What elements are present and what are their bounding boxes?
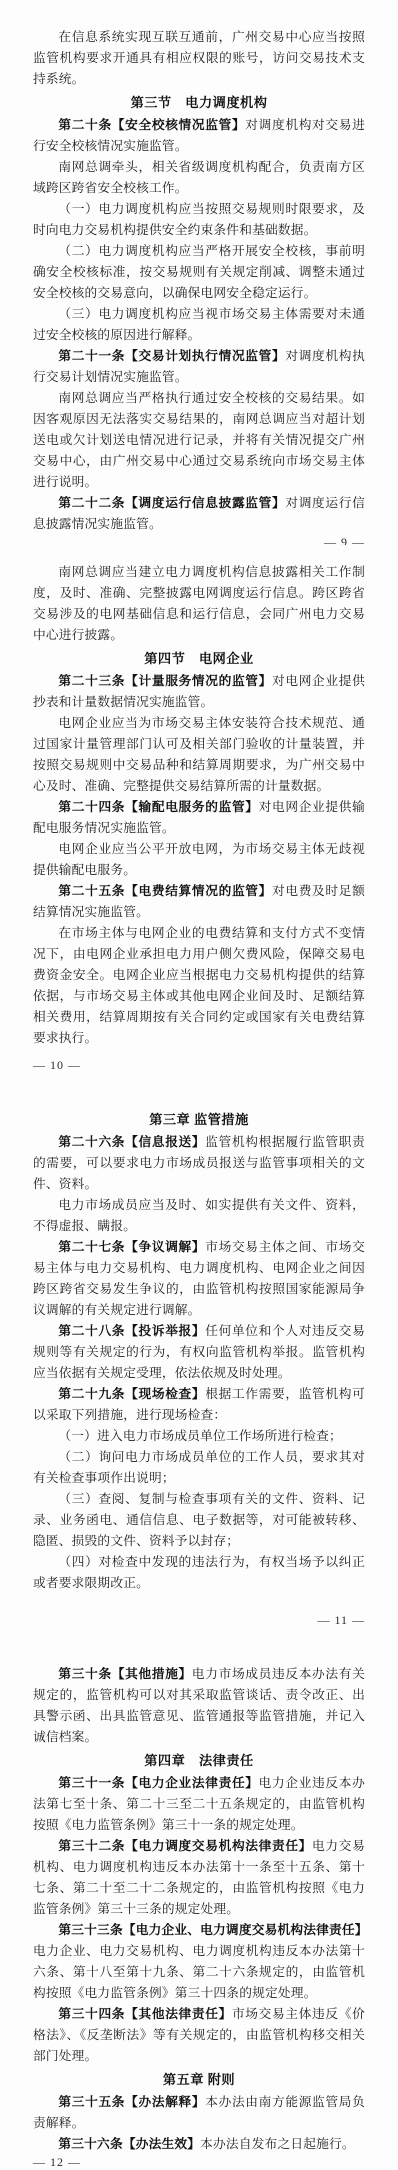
paragraph: （三）电力调度机构应当视市场交易主体需要对未通过安全校核的原因进行解释。 [33, 304, 365, 346]
article-number-label: 第三十五条【办法解释】 [58, 2095, 205, 2109]
paragraph: 第二十四条【输配电服务的监管】对电网企业提供输配电服务情况实施监管。 [33, 797, 365, 839]
paragraph: 第三十二条【电力调度交易机构法律责任】电力交易机构、电力调度机构违反本办法第十一… [33, 1836, 365, 1920]
paragraph: 电力市场成员应当及时、如实提供有关文件、资料，不得虚报、瞒报。 [33, 1195, 365, 1237]
paragraph: 在市场主体与电网企业的电费结算和支付方式不变情况下，由电网企业承担电力用户侧欠费… [33, 923, 365, 1049]
article-number-label: 第二十三条【计量服务情况的监管】 [58, 674, 272, 688]
paragraph: 南网总调牵头，相关省级调度机构配合，负责南方区域跨区跨省安全校核工作。 [33, 157, 365, 199]
paragraph: 第三十条【其他措施】电力市场成员违反本办法有关规定的，监管机构可以对其采取监管谈… [33, 1664, 365, 1748]
article-number-label: 第三十三条【电力企业、电力调度交易机构法律责任】 [58, 1923, 367, 1937]
paragraph: 第三十三条【电力企业、电力调度交易机构法律责任】电力企业、电力交易机构、电力调度… [33, 1920, 365, 2004]
article-number-label: 第三十六条【办法生效】 [58, 2137, 200, 2151]
article-number-label: 第三十一条【电力企业法律责任】 [58, 1776, 258, 1790]
chapter-heading: 第三章 监管措施 [33, 1109, 365, 1130]
paragraph: 第二十八条【投诉举报】任何单位和个人对违反交易规则等有关规定的行为，有权向监管机… [33, 1321, 365, 1384]
page-number: — 12 — [33, 2155, 365, 2170]
document-scroll-view: 在信息系统实现互联互通前，广州交易中心应当按照监管机构要求开通具有相应权限的账号… [0, 0, 398, 2170]
page-number: — 9 — [33, 535, 365, 545]
document-page: 南网总调应当建立电力调度机构信息披露相关工作制度，及时、准确、完整披露电网调度运… [0, 545, 398, 1080]
document-page: 第三十条【其他措施】电力市场成员违反本办法有关规定的，监管机构可以对其采取监管谈… [0, 1635, 398, 2170]
paragraph: 第二十三条【计量服务情况的监管】对电网企业提供抄表和计量数据情况实施监管。 [33, 671, 365, 713]
article-number-label: 第二十二条【调度运行信息披露监管】 [58, 496, 285, 510]
article-number-label: 第二十八条【投诉举报】 [58, 1324, 205, 1338]
paragraph: 第三十六条【办法生效】本办法自发布之日起施行。 [33, 2134, 365, 2155]
article-number-label: 第二十七条【争议调解】 [58, 1240, 205, 1254]
article-number-label: 第二十条【安全校核情况监管】 [58, 118, 245, 132]
paragraph: 第三十一条【电力企业法律责任】电力企业违反本办法第七至十条、第二十三至二十五条规… [33, 1773, 365, 1836]
paragraph: 第二十五条【电费结算情况的监管】对电费及时足额结算情况实施监管。 [33, 881, 365, 923]
paragraph-text: 本办法自发布之日起施行。 [200, 2137, 355, 2151]
chapter-heading: 第四章 法律责任 [33, 1750, 365, 1771]
paragraph: 第二十九条【现场检查】根据工作需要，监管机构可以采取下列措施，进行现场检查： [33, 1384, 365, 1426]
paragraph: （一）进入电力市场成员单位工作场所进行检查； [33, 1426, 365, 1447]
paragraph: （二）电力调度机构应当严格开展安全校核，事前明确安全校核标准，按交易规则有关规定… [33, 241, 365, 304]
paragraph: （四）对检查中发现的违法行为，有权当场予以纠正或者要求限期改正。 [33, 1552, 365, 1594]
chapter-heading: 第五章 附则 [33, 2069, 365, 2090]
article-number-label: 第二十四条【输配电服务的监管】 [58, 800, 258, 814]
paragraph: 第三十五条【办法解释】本办法由南方能源监管局负责解释。 [33, 2092, 365, 2134]
article-number-label: 第二十五条【电费结算情况的监管】 [58, 884, 272, 898]
article-number-label: 第二十一条【交易计划执行情况监管】 [58, 349, 285, 363]
paragraph-text: 电力企业、电力交易机构、电力调度机构违反本办法第十六条、第十八至第十九条、第二十… [33, 1944, 365, 2000]
paragraph: 在信息系统实现互联互通前，广州交易中心应当按照监管机构要求开通具有相应权限的账号… [33, 27, 365, 90]
article-number-label: 第三十条【其他措施】 [58, 1667, 192, 1681]
paragraph: （三）查阅、复制与检查事项有关的文件、资料、记录、业务函电、通信信息、电子数据等… [33, 1489, 365, 1552]
paragraph: （二）询问电力市场成员单位的工作人员，要求其对有关检查事项作出说明； [33, 1447, 365, 1489]
paragraph: 第二十条【安全校核情况监管】对调度机构对交易进行安全校核情况实施监管。 [33, 115, 365, 157]
paragraph: 第二十一条【交易计划执行情况监管】对调度机构执行交易计划情况实施监管。 [33, 346, 365, 388]
page-number: — 10 — [33, 1058, 365, 1080]
page-number: — 11 — [33, 1613, 365, 1635]
document-page: 第三章 监管措施第二十六条【信息报送】监管机构根据履行监管职责的需要，可以要求电… [0, 1080, 398, 1635]
paragraph: 第二十六条【信息报送】监管机构根据履行监管职责的需要，可以要求电力市场成员报送与… [33, 1132, 365, 1195]
chapter-heading: 第三节 电力调度机构 [33, 92, 365, 113]
paragraph: 电网企业应当公平开放电网，为市场交易主体无歧视提供输配电服务。 [33, 839, 365, 881]
document-page: 在信息系统实现互联互通前，广州交易中心应当按照监管机构要求开通具有相应权限的账号… [0, 0, 398, 545]
article-number-label: 第三十四条【其他法律责任】 [58, 2007, 232, 2021]
article-number-label: 第二十九条【现场检查】 [58, 1387, 205, 1401]
paragraph: 第三十四条【其他法律责任】市场交易主体违反《价格法》、《反垄断法》等有关规定的，… [33, 2004, 365, 2067]
paragraph: 第二十二条【调度运行信息披露监管】对调度运行信息披露情况实施监管。 [33, 493, 365, 535]
article-number-label: 第三十二条【电力调度交易机构法律责任】 [58, 1839, 312, 1853]
paragraph: 电网企业应当为市场交易主体安装符合技术规范、通过国家计量管理部门认可及相关部门验… [33, 713, 365, 797]
paragraph: （一）电力调度机构应当按照交易规则时限要求，及时向电力交易机构提供安全约束条件和… [33, 199, 365, 241]
paragraph: 第二十七条【争议调解】市场交易主体之间、市场交易主体与电力交易机构、电力调度机构… [33, 1237, 365, 1321]
paragraph: 南网总调应当严格执行通过安全校核的交易结果。如因客观原因无法落实交易结果的，南网… [33, 388, 365, 493]
paragraph: 南网总调应当建立电力调度机构信息披露相关工作制度，及时、准确、完整披露电网调度运… [33, 562, 365, 646]
chapter-heading: 第四节 电网企业 [33, 648, 365, 669]
article-number-label: 第二十六条【信息报送】 [58, 1135, 205, 1149]
